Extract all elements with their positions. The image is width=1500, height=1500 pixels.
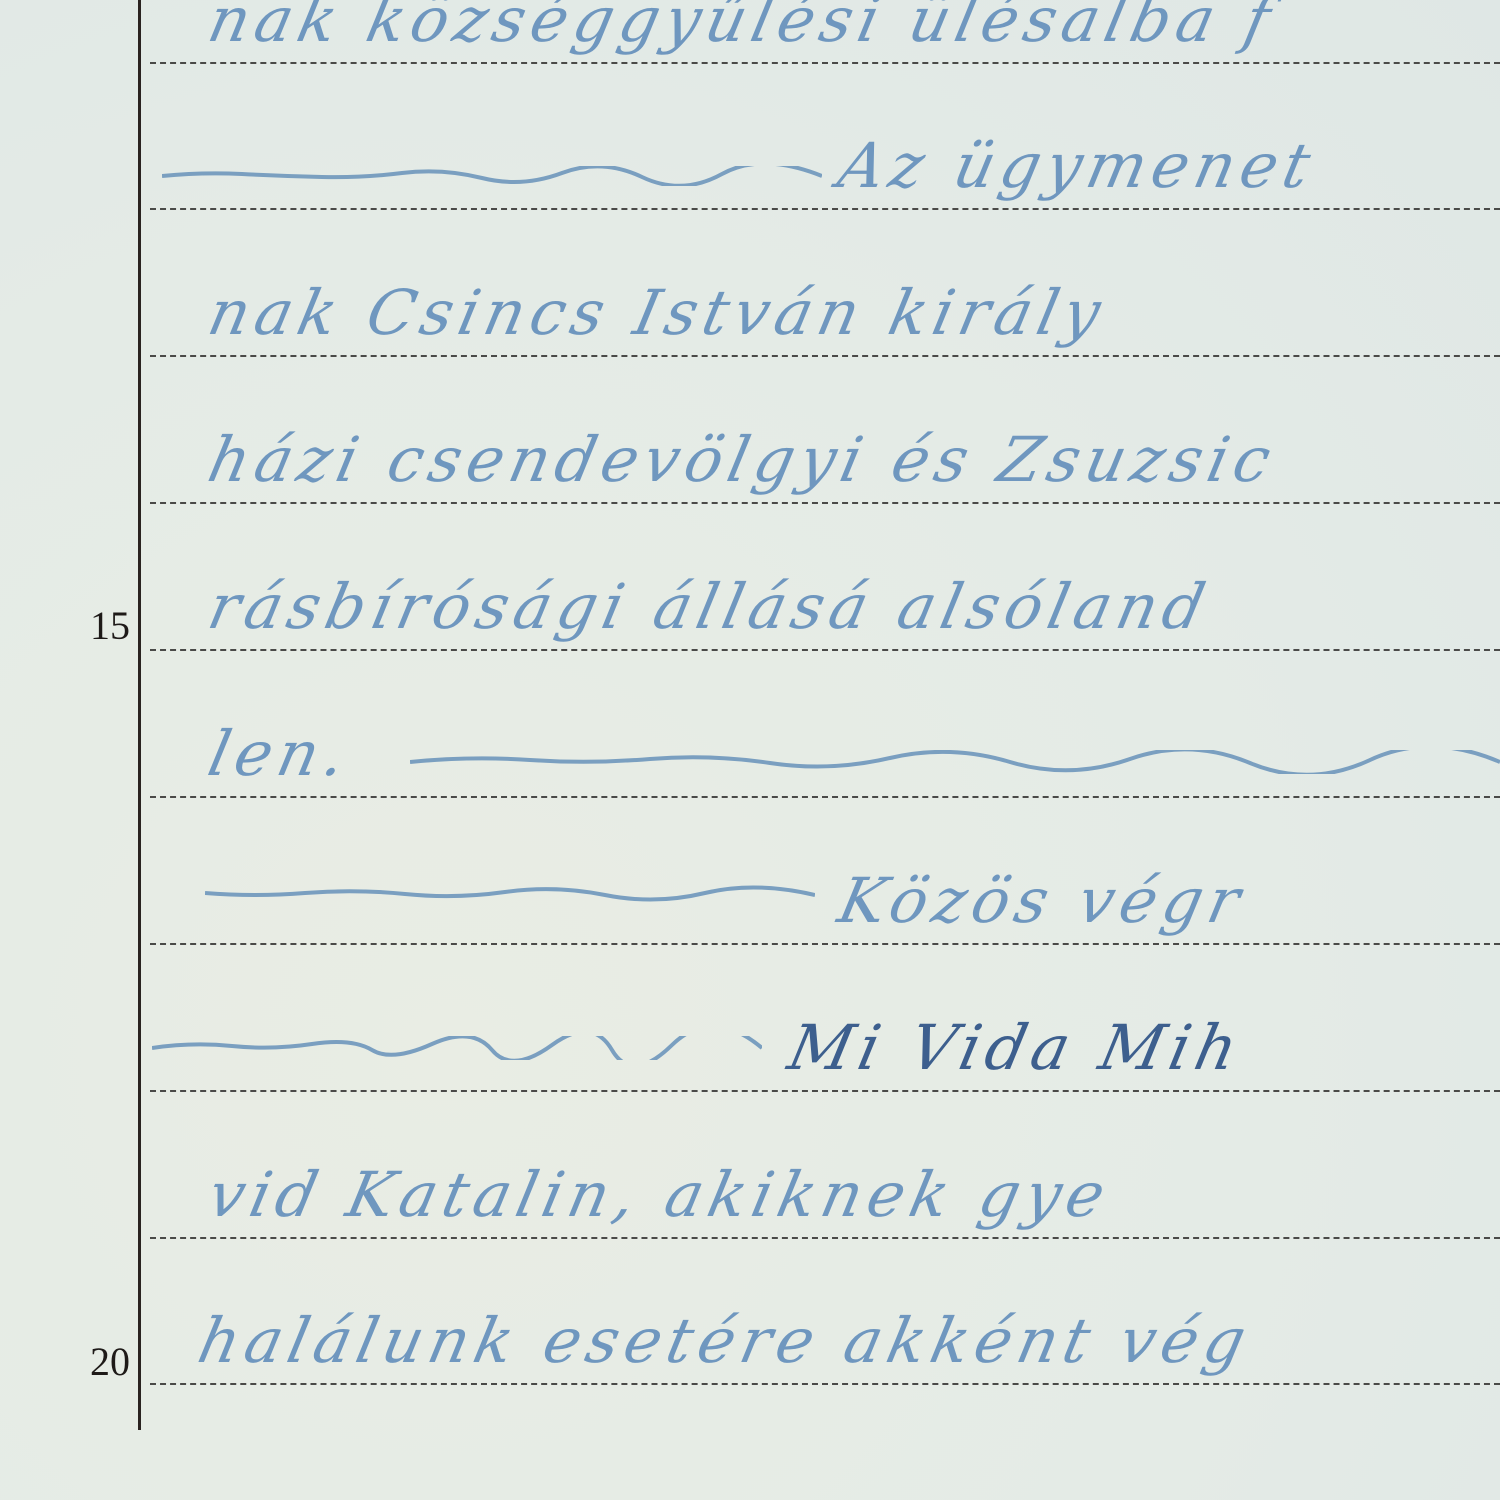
ledger-page: 15 20 nak községgyűlési ülésalba f Az üg…	[0, 0, 1500, 1500]
ruled-line	[150, 502, 1500, 504]
handwritten-line-5: rásbírósági állásá alsóland	[150, 539, 1500, 649]
ruled-line	[150, 796, 1500, 798]
handwritten-line-2: Az ügymenet	[150, 98, 1500, 208]
ruled-line	[150, 1383, 1500, 1385]
handwritten-line-9: vid Katalin, akiknek gye	[150, 1127, 1500, 1237]
filler-stroke	[152, 1036, 762, 1060]
handwritten-line-6: len.	[150, 686, 1500, 796]
ruled-line	[150, 649, 1500, 651]
ruled-line	[150, 62, 1500, 64]
ruled-line	[150, 1090, 1500, 1092]
handwritten-line-3: nak Csincs István király	[150, 245, 1500, 355]
filler-stroke	[162, 166, 822, 186]
handwritten-line-10: halálunk esetére akként vég	[150, 1273, 1500, 1383]
filler-stroke	[205, 885, 815, 905]
ruled-line	[150, 1237, 1500, 1239]
ruled-line	[150, 355, 1500, 357]
handwritten-line-8: Mi Vida Mih	[150, 980, 1500, 1090]
line-number-20: 20	[66, 1338, 130, 1385]
handwritten-line-7: Közös végr	[150, 833, 1500, 943]
line-number-15: 15	[66, 602, 130, 649]
filler-stroke	[410, 750, 1500, 774]
handwritten-line-1: nak községgyűlési ülésalba f	[150, 0, 1500, 62]
ruled-line	[150, 943, 1500, 945]
ruled-line	[150, 208, 1500, 210]
handwritten-line-4: házi csendevölgyi és Zsuzsic	[150, 392, 1500, 502]
margin-rule	[138, 0, 141, 1430]
